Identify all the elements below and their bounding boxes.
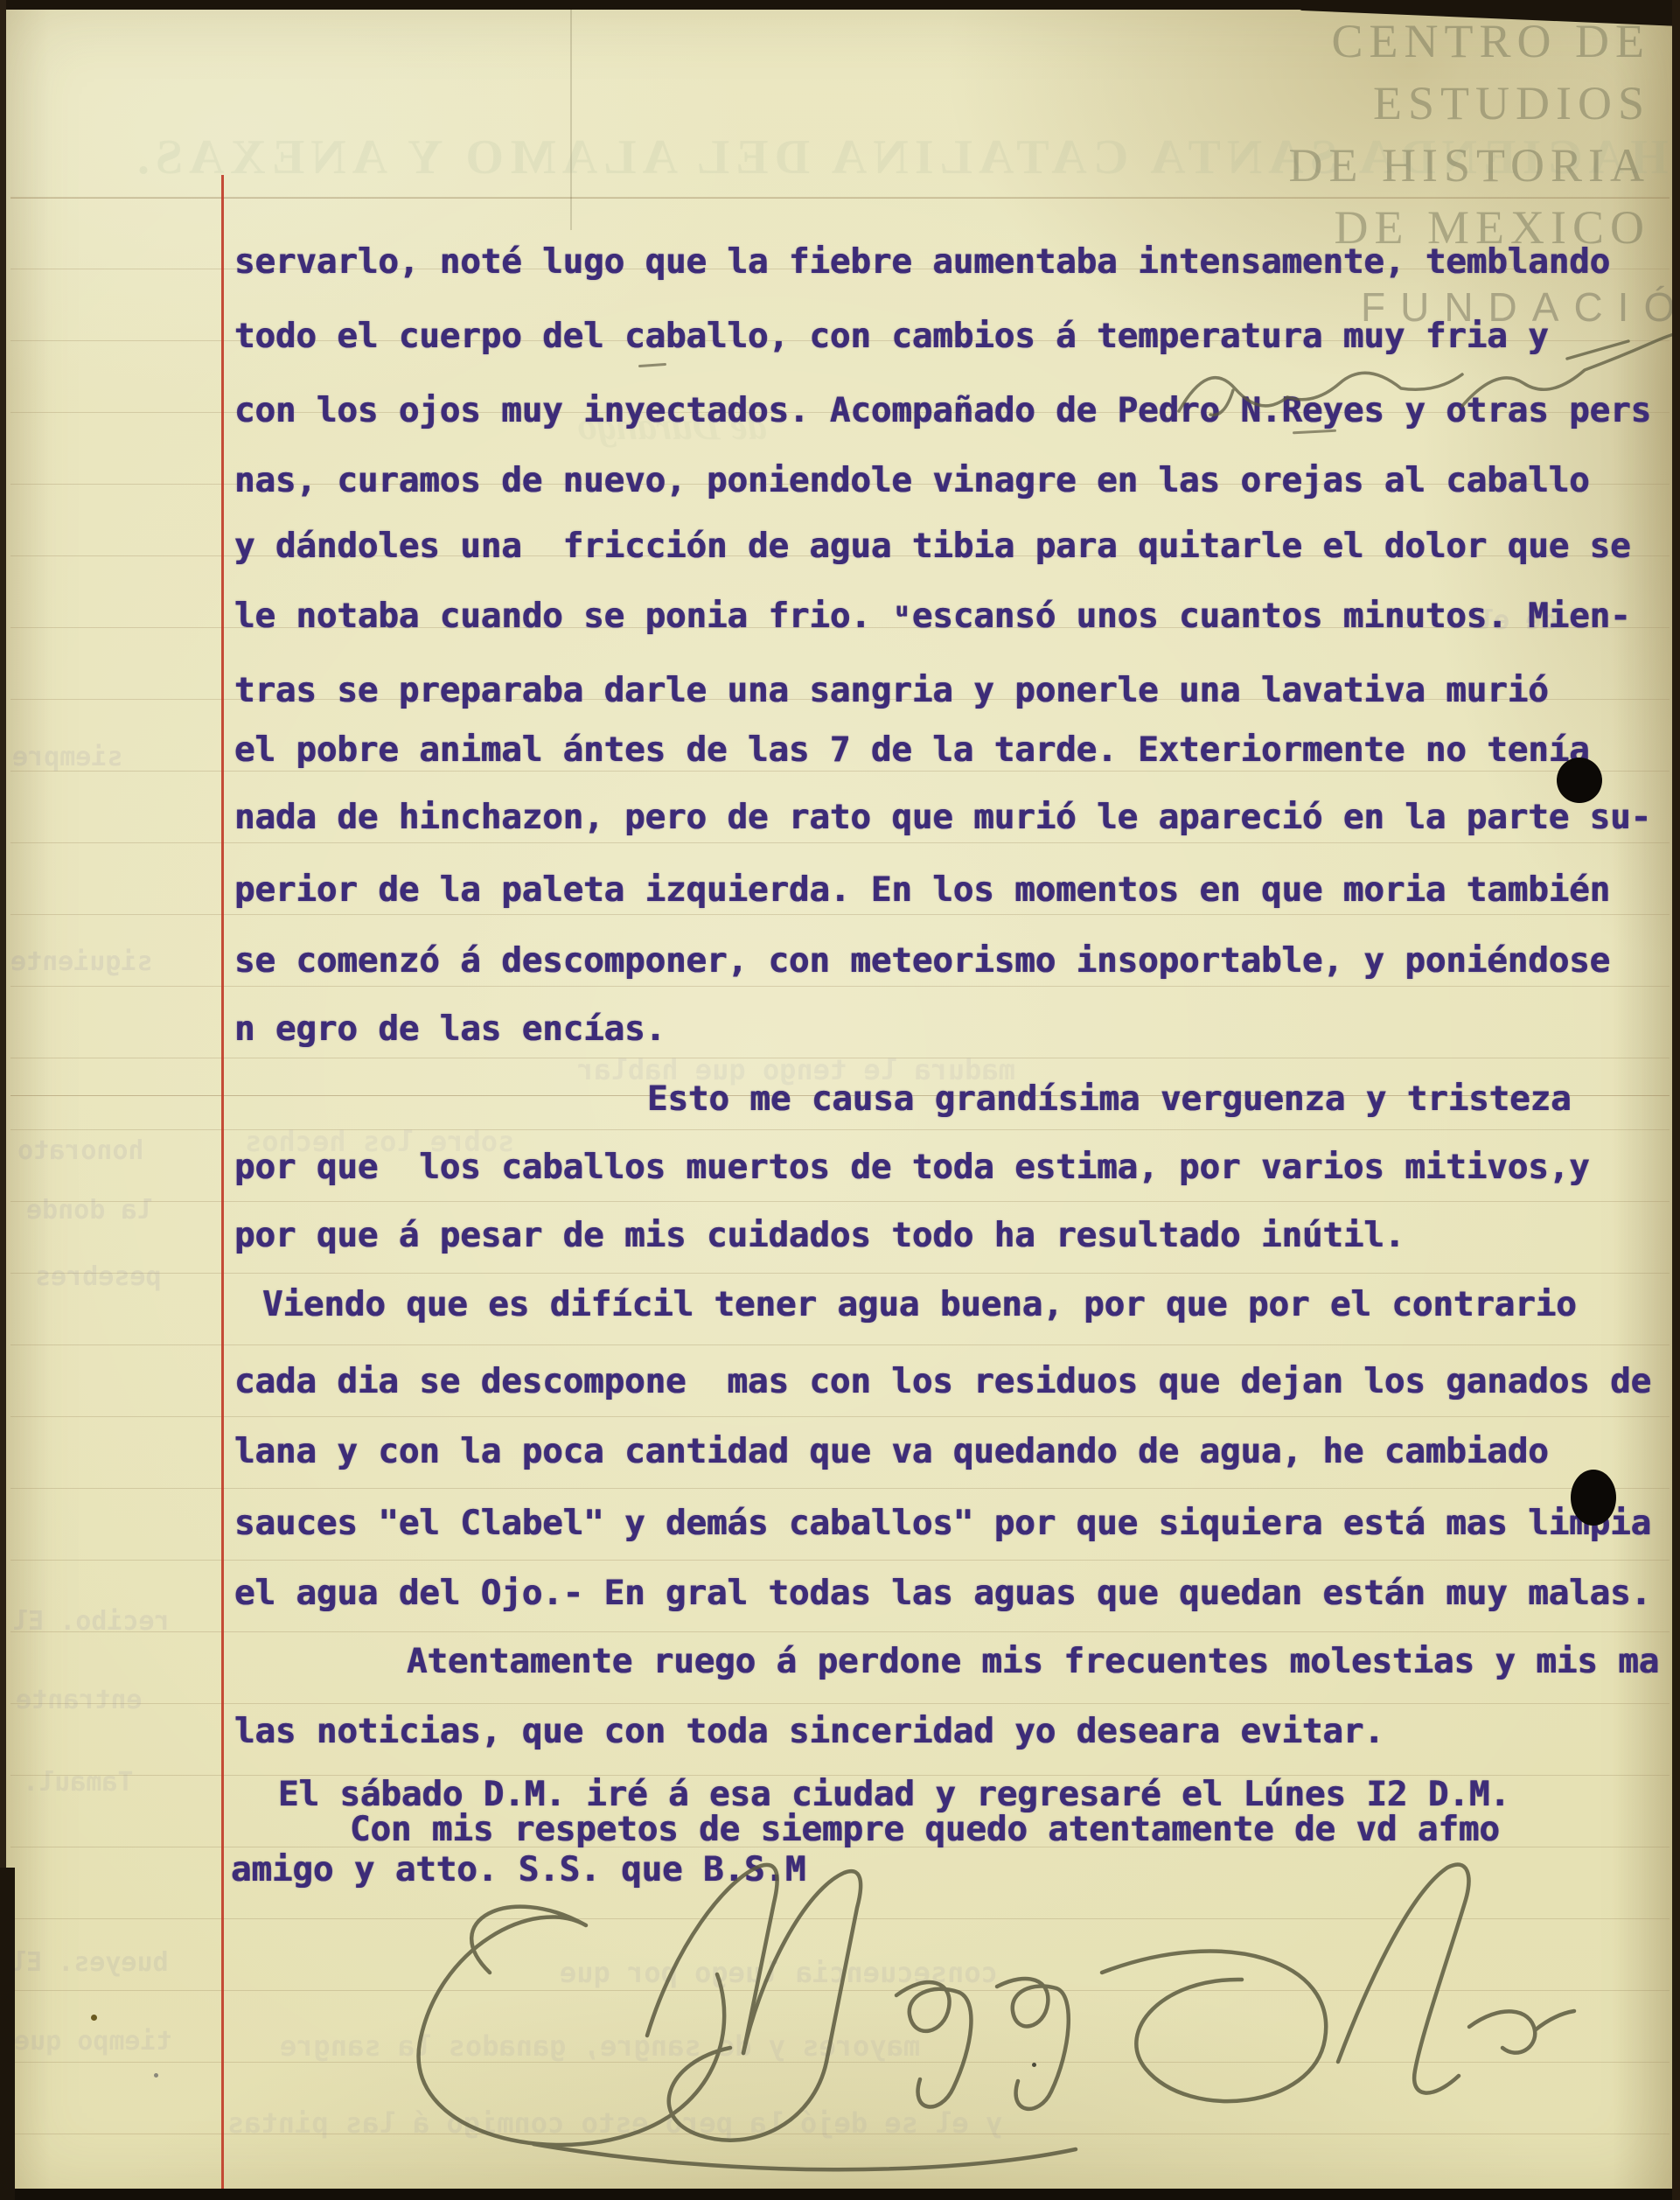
typed-line: Atentamente ruego á perdone mis frecuent… [407, 1638, 1659, 1686]
typed-line: perior de la paleta izquierda. En los mo… [234, 867, 1610, 914]
typed-line: el pobre animal ántes de las 7 de la tar… [234, 727, 1590, 774]
typed-line: servarlo, noté lugo que la fiebre aument… [234, 239, 1610, 286]
typed-line: Esto me causa grandísima verguenza y tri… [647, 1076, 1572, 1123]
typed-line: lana y con la poca cantidad que va queda… [234, 1428, 1549, 1476]
bleedthrough-fragment: siempre [12, 742, 122, 772]
typed-line: nas, curamos de nuevo, poniendole vinagr… [234, 457, 1590, 505]
typed-line: le notaba cuando se ponia frio. ᵘescansó… [234, 593, 1631, 640]
typed-line: cada dia se descompone mas con los resid… [234, 1358, 1651, 1406]
fold-crease-horizontal [10, 198, 1670, 199]
bleedthrough-fragment: entrante [16, 1685, 143, 1715]
typed-line: nada de hinchazon, pero de rato que muri… [234, 794, 1651, 842]
paper-speck [91, 2015, 97, 2021]
bleedthrough-fragment: la donde [26, 1195, 153, 1226]
bleedthrough-fragment: recibo. El [12, 1606, 171, 1637]
fold-crease-vertical [570, 10, 572, 230]
bleedthrough-fragment: siguiente [10, 946, 153, 977]
typed-line: Viendo que es difícil tener agua buena, … [262, 1282, 1577, 1329]
pencil-annotation-top-right [1172, 322, 1680, 462]
bleedthrough-fragment: honorato [17, 1135, 144, 1166]
typed-line: y dándoles una fricción de agua tibia pa… [234, 523, 1631, 570]
signature-handwriting [385, 1841, 1574, 2187]
typed-line: sauces "el Clabel" y demás caballos" por… [234, 1500, 1651, 1547]
typed-line: n egro de las encías. [234, 1006, 666, 1053]
bleedthrough-fragment: pesebres [35, 1261, 162, 1292]
typed-line: el agua del Ojo.- En gral todas las agua… [234, 1570, 1651, 1617]
archive-watermark-line: ESTUDIOS [1373, 76, 1650, 130]
bleedthrough-fragment: Tamaul. [23, 1767, 133, 1798]
archive-watermark-line: DE HISTORIA [1289, 138, 1651, 192]
typed-line: se comenzó á descomponer, con meteorismo… [234, 938, 1610, 985]
ink-blot [1557, 758, 1602, 803]
letter-page: HACIENDA SANTA CATALINA DEL ALAMO Y ANEX… [0, 0, 1680, 2200]
ink-blot [1571, 1470, 1616, 1526]
typed-line: tras se preparaba darle una sangria y po… [234, 667, 1549, 715]
typed-line: por que á pesar de mis cuidados todo ha … [234, 1212, 1405, 1260]
bleedthrough-fragment: bueyes. El [10, 1947, 169, 1978]
paper-speck [154, 2073, 158, 2078]
bleedthrough-fragment: tiempo que [14, 2026, 172, 2057]
margin-rule-line [221, 175, 224, 2190]
scan-edge-left-corner [0, 1868, 15, 2200]
scan-edge-right [1672, 0, 1680, 2200]
scan-edge-bottom [0, 2189, 1680, 2200]
typed-line: las noticias, que con toda sinceridad yo… [234, 1708, 1384, 1756]
typed-line: por que los caballos muertos de toda est… [234, 1144, 1590, 1191]
